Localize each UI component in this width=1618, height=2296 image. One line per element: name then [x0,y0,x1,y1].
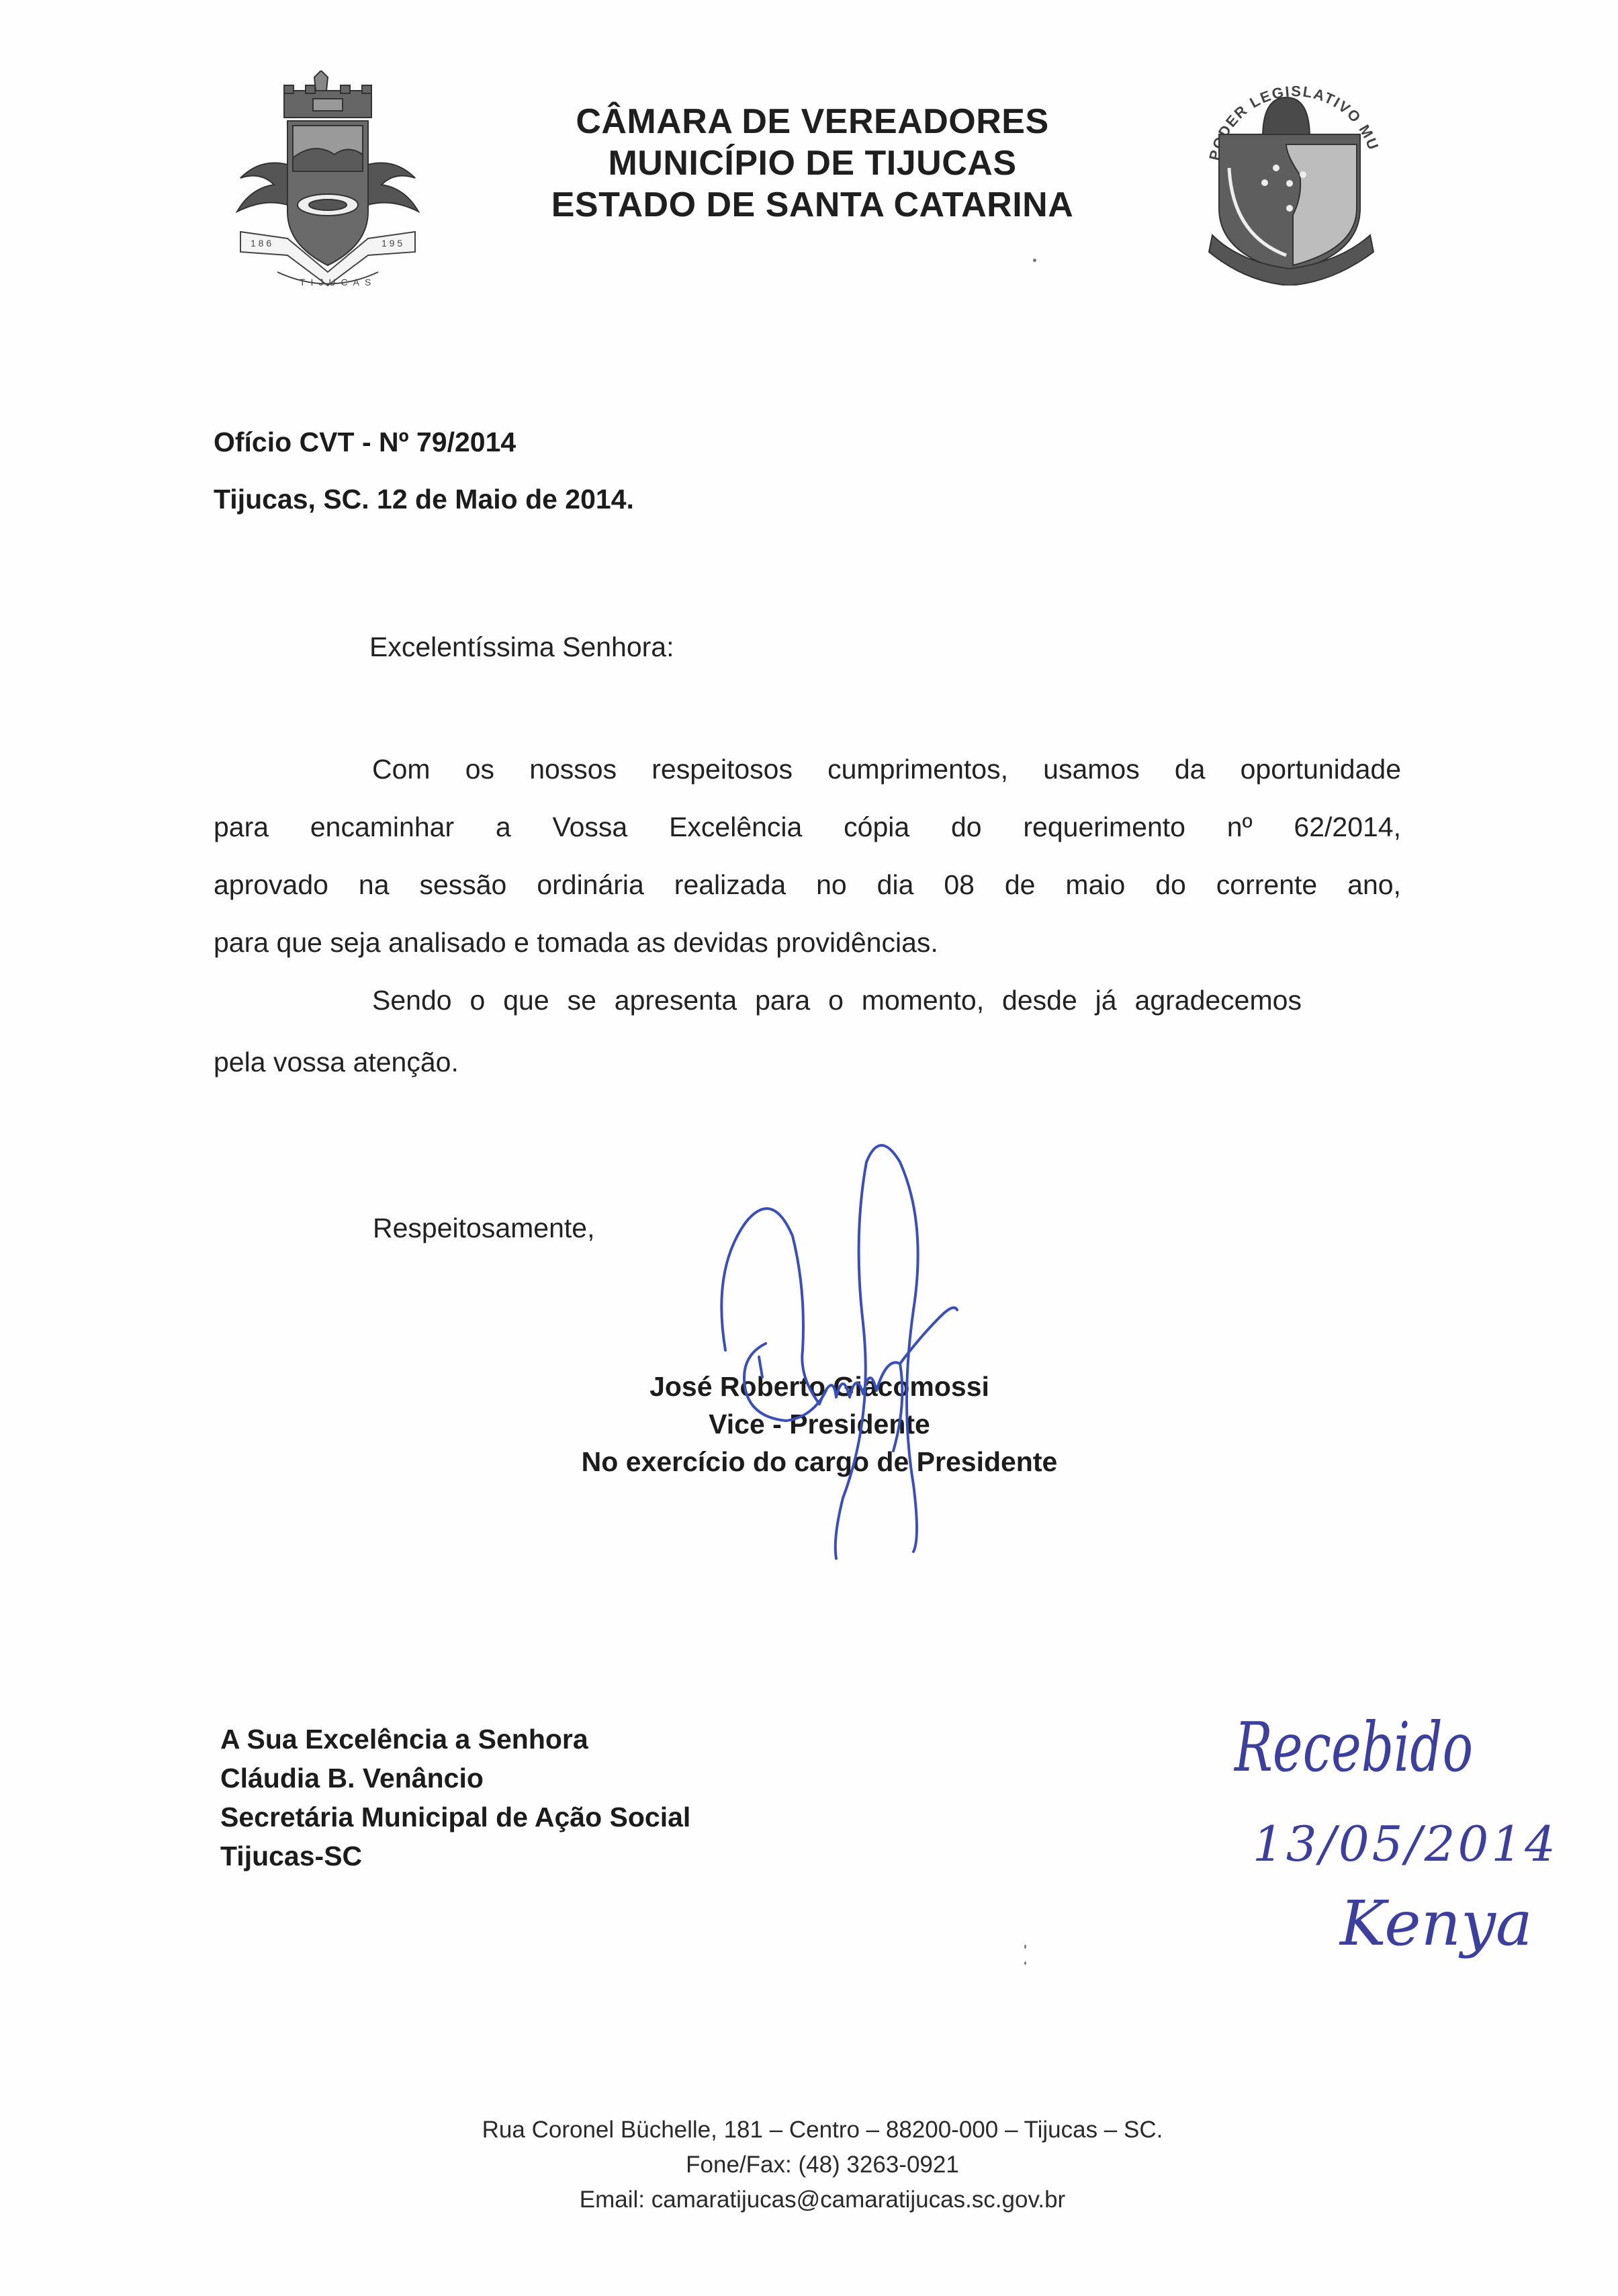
body-word: ordinária [537,861,644,919]
body-line: Comosnossosrespeitososcumprimentos,usamo… [214,746,1401,803]
body-word: Excelência [669,803,802,861]
body-word: que [277,919,322,977]
body-word: vossa [273,1039,345,1096]
body-word: providências. [776,919,938,977]
body-word: do [1155,861,1186,919]
body-word: já [1095,977,1117,1039]
body-word: seja [330,919,380,977]
handwritten-signature [699,1135,1048,1565]
body-word: 08 [944,861,975,919]
place-and-date: Tijucas, SC. 12 de Maio de 2014. [214,480,634,518]
body-word: tomada [537,919,629,977]
body-word: maio [1065,861,1125,919]
body-word: devidas [673,919,768,977]
body-paragraph-1: Comosnossosrespeitososcumprimentos,usamo… [214,746,1401,977]
body-word: dia [877,861,914,919]
svg-text:1 8 6: 1 8 6 [251,238,271,249]
scan-speck [1033,259,1036,262]
body-word: o [469,977,485,1039]
received-word: Recebido [1233,1708,1473,1787]
signatory-name: José Roberto Giacomossi [470,1368,1169,1405]
letter-body: Comosnossosrespeitososcumprimentos,usamo… [214,746,1401,1096]
body-word: respeitosos [651,746,793,803]
body-word: cumprimentos, [827,746,1008,803]
signatory-block: José Roberto Giacomossi Vice - President… [470,1368,1169,1481]
body-word: oportunidade [1241,746,1401,803]
body-word: se [568,977,596,1039]
body-word: nº [1227,803,1253,861]
body-word: desde [1002,977,1077,1039]
scan-speck [1024,1961,1026,1965]
body-word: usamos [1043,746,1140,803]
svg-text:TIJUCAS: TIJUCAS [300,277,376,288]
body-word: Com [372,746,431,803]
footer-contact: Rua Coronel Büchelle, 181 – Centro – 882… [0,2113,1618,2217]
received-date: 13/05/2014 [1253,1816,1558,1872]
signatory-role: No exercício do cargo de Presidente [470,1443,1169,1481]
addressee-position: Secretária Municipal de Ação Social [220,1798,690,1837]
body-line: paraquesejaanalisadoetomadaasdevidasprov… [214,919,1401,977]
body-word: aprovado [214,861,328,919]
received-handwritten-note: Recebido 13/05/2014 Kenya [1222,1706,1599,1988]
footer-phone: Fone/Fax: (48) 3263-0921 [27,2148,1618,2182]
body-word: Sendo [372,977,452,1039]
received-by: Kenya [1339,1888,1533,1959]
body-word: Vossa [553,803,628,861]
body-word: sessão [419,861,506,919]
body-word: requerimento [1023,803,1185,861]
body-paragraph-2: Sendooqueseapresentaparaomomento,desdejá… [214,977,1401,1096]
body-word: para [214,919,269,977]
body-word: nossos [529,746,617,803]
body-word: atenção. [353,1039,459,1096]
body-word: cópia [844,803,909,861]
body-word: corrente [1216,861,1317,919]
footer-email: Email: camaratijucas@camaratijucas.sc.go… [27,2182,1618,2217]
body-line: paraencaminharaVossaExcelênciacópiadoreq… [214,803,1401,861]
body-word: as [637,919,666,977]
legislative-seal-icon: PODER LEGISLATIVO MUNICIPAL [1192,60,1394,285]
svg-text:1 9 5: 1 9 5 [381,238,402,249]
body-word: os [465,746,494,803]
office-reference-number: Ofício CVT - Nº 79/2014 [214,423,516,461]
body-word: realizada [674,861,786,919]
body-line: aprovadonasessãoordináriarealizadanodia0… [214,861,1401,919]
body-line: Sendooqueseapresentaparaomomento,desdejá… [214,977,1401,1039]
footer-address: Rua Coronel Büchelle, 181 – Centro – 882… [27,2113,1618,2148]
addressee-name: Cláudia B. Venâncio [220,1759,690,1798]
body-word: na [359,861,390,919]
body-word: para [214,803,269,861]
body-word: encaminhar [310,803,454,861]
body-word: agradecemos [1135,977,1302,1039]
letter-page: 1 8 6 1 9 5 TIJUCAS CÂMARA DE VEREADORES… [0,0,1618,2296]
salutation: Excelentíssima Senhora: [369,631,674,663]
body-word: momento, [862,977,984,1039]
addressee-city: Tijucas-SC [220,1837,690,1875]
body-word: pela [214,1039,266,1096]
body-word: a [496,803,511,861]
addressee-block: A Sua Excelência a Senhora Cláudia B. Ve… [220,1720,690,1875]
body-word: para [755,977,810,1039]
scan-speck [1024,1945,1026,1949]
body-line: pelavossaatenção. [214,1039,1401,1096]
body-word: de [1005,861,1036,919]
signatory-title: Vice - Presidente [470,1405,1169,1443]
body-word: e [514,919,529,977]
addressee-line: A Sua Excelência a Senhora [220,1720,690,1759]
closing: Respeitosamente, [373,1212,594,1244]
body-word: ano, [1347,861,1401,919]
body-word: analisado [388,919,506,977]
body-word: 62/2014, [1294,803,1401,861]
body-word: apresenta [615,977,737,1039]
body-word: o [828,977,844,1039]
body-word: que [503,977,549,1039]
body-word: no [816,861,847,919]
body-word: da [1175,746,1206,803]
body-word: do [951,803,982,861]
